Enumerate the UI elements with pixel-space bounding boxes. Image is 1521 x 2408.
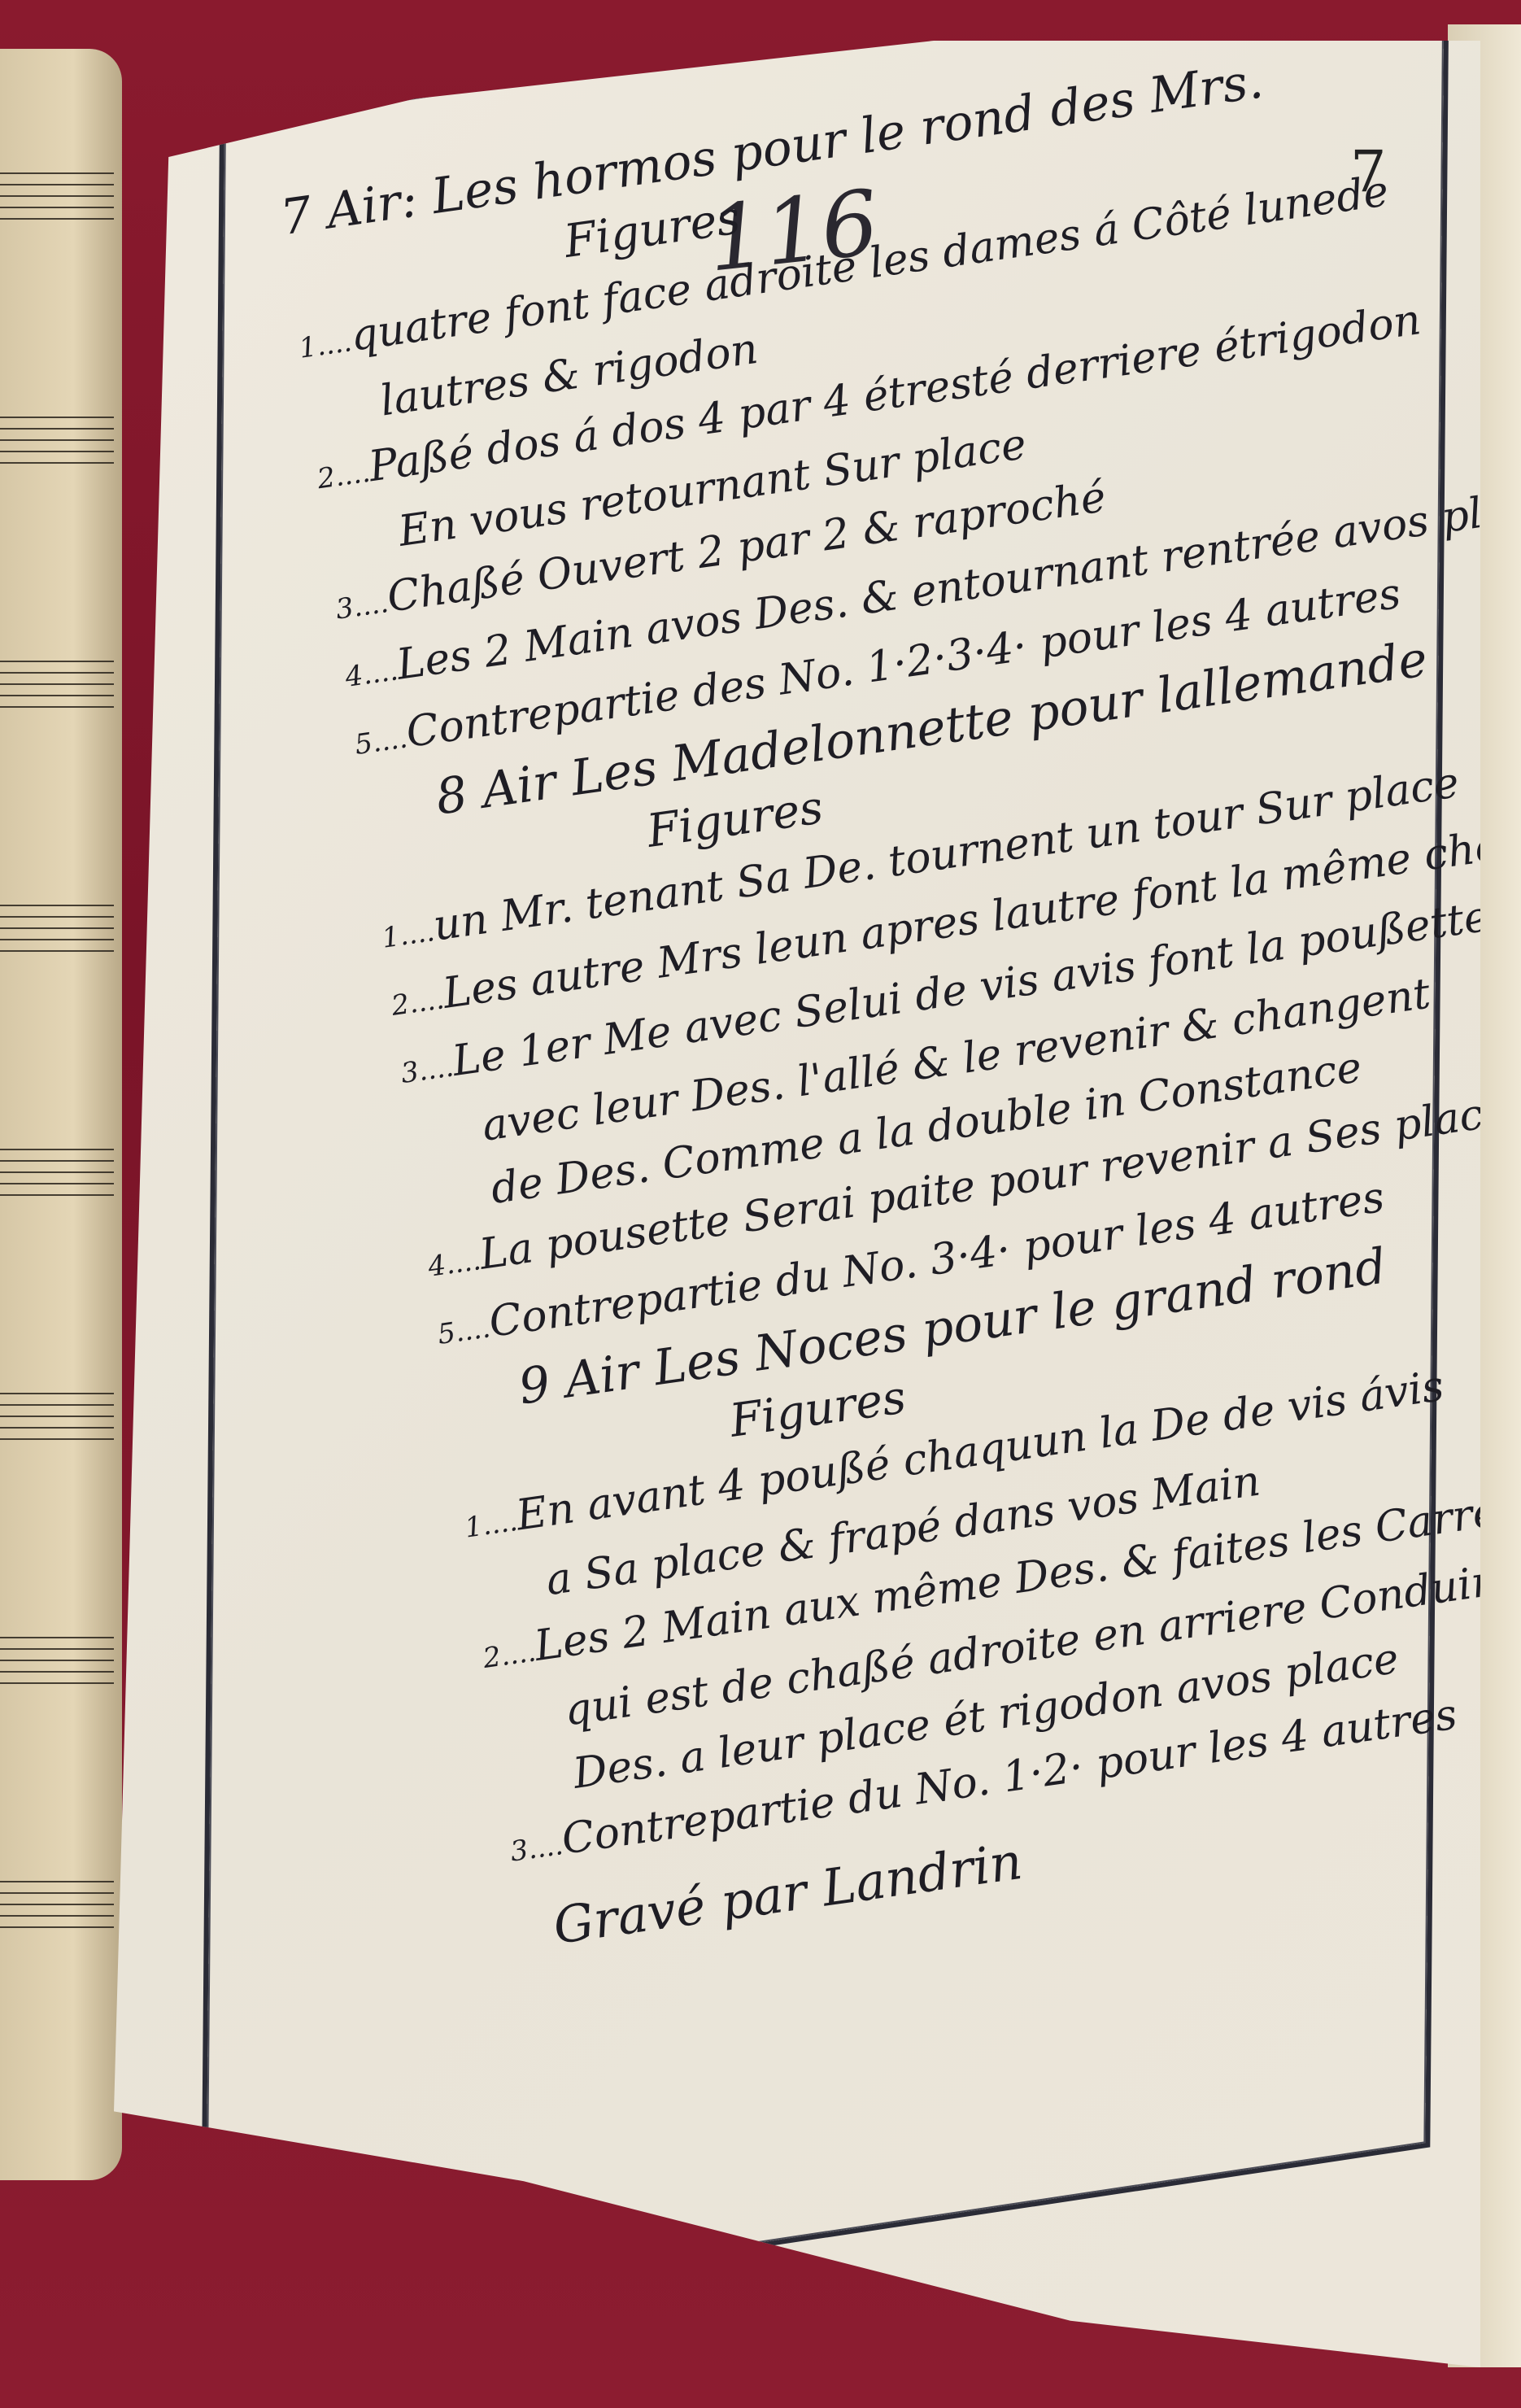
music-staff	[0, 163, 114, 220]
figure-number: 2....	[316, 456, 373, 496]
figure-number: 3....	[508, 1829, 565, 1869]
figure-number: 2....	[481, 1635, 538, 1675]
engraved-page: 116 7 7 Air: Les hormos pour le rond des…	[114, 41, 1480, 2367]
music-staff	[0, 407, 114, 464]
left-page-music	[0, 49, 122, 2180]
figure-number: 1....	[463, 1505, 520, 1545]
figure-number: 1....	[380, 915, 437, 955]
figure-number: 5....	[353, 722, 410, 761]
figure-number: 3....	[399, 1050, 455, 1090]
music-staff	[0, 1139, 114, 1196]
music-staff	[0, 895, 114, 952]
music-staff	[0, 1383, 114, 1440]
music-staff	[0, 1871, 114, 1928]
figure-number: 1....	[297, 325, 354, 365]
figure-number: 2....	[390, 983, 447, 1023]
figure-number: 4....	[343, 654, 400, 694]
figure-number: 4....	[426, 1244, 483, 1284]
music-staff	[0, 651, 114, 708]
figure-number: 5....	[436, 1311, 493, 1351]
figure-number: 3....	[333, 587, 390, 626]
music-staff	[0, 1627, 114, 1684]
